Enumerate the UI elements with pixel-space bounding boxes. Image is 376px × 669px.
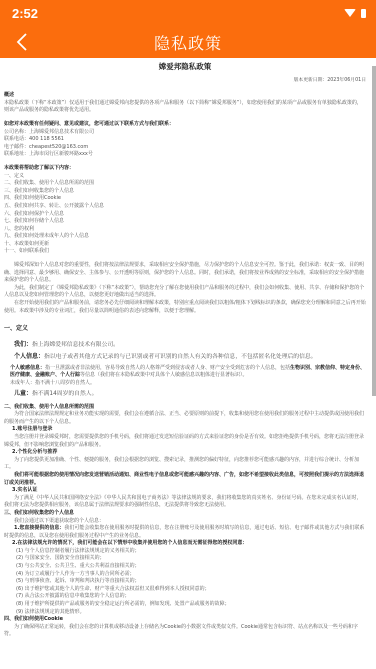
toc-item: 十、本政策如何更新 — [4, 241, 366, 249]
section-text: 为了确保网站正常运转，我们会在您的计算机或移动设备上存储名为Cookie的小数据… — [4, 624, 366, 639]
case-item: (8) 用于维护所提供的产品或服务的安全稳定运行所必需的，例如发现、处置产品或服… — [4, 601, 366, 609]
back-button[interactable] — [10, 30, 34, 54]
contact-address: 联系地址：上海市闵行区新骏环路xxx号 — [4, 151, 366, 159]
wifi-icon — [344, 9, 356, 17]
definition-text: 等信息（我们将在本隐私政策中对具体个人敏感信息以粗体进行显著标识）。 — [80, 372, 248, 378]
section-title-definitions: 一、定义 — [4, 325, 366, 333]
section-text: 为符合国家法律法规规定和业务功能实现的需要，我们会在遵循合法、正当、必要原则的前… — [4, 411, 366, 426]
page-title: 隐私政策 — [0, 31, 376, 54]
overview-heading: 概述 — [4, 92, 366, 100]
case-item: (2) 与国家安全、国防安全直接相关的； — [4, 555, 366, 563]
status-bar: 2:52 — [0, 0, 376, 26]
definition-term: 儿童： — [14, 390, 32, 397]
intro-paragraph: 嫦爱邦深知个人信息对您的重要性，我们将按法律法规要求，采取相应安全保护措施，尽力… — [4, 262, 366, 285]
overview-text: 本隐私政策（下称“本政策”）仅适用于我们通过嫦爱邦向您提供的各项产品和服务（以下… — [4, 100, 366, 115]
status-time: 2:52 — [12, 6, 38, 21]
contact-heading: 如您对本政策有任何疑问、意见或建议，您可通过以下联系方式与我们联系： — [4, 121, 366, 129]
intro-paragraph: 为此，我们制定了《嫦爱邦隐私政策》（下称“本政策”），帮助您充分了解在您使用我们… — [4, 285, 366, 300]
toc-item: 六、我们如何保护个人信息 — [4, 211, 366, 219]
battery-icon — [361, 9, 366, 18]
definition-term: 个人敏感信息： — [10, 365, 45, 371]
chevron-left-icon — [16, 33, 28, 51]
toc-item: 五、我们如何共享、转让、公开披露个人信息 — [4, 203, 366, 211]
section-text: 为了向您提供更加准确、个性、便捷的服务，我们会根据您的浏览、搜索记录，推测您的偏… — [4, 457, 366, 472]
toc-item: 二、我们收集、使用个人信息所需的范围 — [4, 180, 366, 188]
toc-item: 九、我们如何处理未成年人的个人信息 — [4, 233, 366, 241]
contact-phone[interactable]: 联系电话：400 118 5561 — [4, 136, 366, 144]
section-title-collection: 三、我们如何收集您的个人信息 — [4, 510, 366, 518]
definition-text: 指一旦泄露或者非法使用，容易导致自然人的人格尊严受到侵害或者人身、财产安全受到危… — [45, 365, 290, 371]
definition-personal-info: 个人信息：指以电子或者其他方式记录的与已识别或者可识别的自然人有关的各种信息，不… — [4, 351, 366, 363]
subsection-title: 3.实名认证 — [4, 487, 366, 495]
intro-paragraph: 在您开始使用我们的产品和服务前，请您务必先仔细阅读和理解本政策，特别应重点阅读我… — [4, 300, 366, 315]
subsection-title: 1.账号注册与登录 — [4, 426, 366, 434]
update-date: 版本更新日期：2023年06月01日 — [4, 77, 366, 85]
section-title-cookie: 四、我们如何使用Cookie — [4, 616, 366, 624]
collection-item: 1.您直接提供的信息：我们可能会收集您在使用服务时提供的信息，您在注册账号及使用… — [4, 525, 366, 540]
subsection-title: 2.个性化分析与推荐 — [4, 449, 366, 457]
toc-item: 四、我们如何使用Cookie — [4, 195, 366, 203]
collection-item-title: 1.您直接提供的信息： — [14, 525, 64, 531]
app-bar: 隐私政策 — [0, 26, 376, 58]
toc-item: 十一、如何联系我们 — [4, 248, 366, 256]
collection-item-title: 2.在法律法规允许的情况下，我们可能会在以下情形中收集并使用您的个人信息而无需征… — [4, 540, 366, 548]
status-icons — [344, 9, 366, 18]
section-text: 为了满足《中华人民共和国网络安全法》《中华人民共和国电子商务法》等法律法规的要求… — [4, 495, 366, 510]
section-text: 我们会通过以下渠道获取您的个人信息： — [4, 518, 366, 526]
section-text: 当您注册并登录嫦爱邦时，您需要提供您的手机号码，我们将通过发送短信验证码的方式来… — [4, 434, 366, 449]
definition-term: 我们： — [14, 341, 32, 348]
definition-text: 指不满14周岁的自然人。 — [32, 391, 97, 397]
toc-heading: 本政策将帮助您了解以下内容： — [4, 165, 366, 173]
definition-sensitive-info: 个人敏感信息：指一旦泄露或者非法使用，容易导致自然人的人格尊严受到侵害或者人身、… — [4, 365, 366, 380]
definition-text: 指上海嫦爱邦信息技术有限公司。 — [32, 342, 119, 348]
section-bold-text: 我们将可能根据您的使用情况向您发送营销活动通知、商业性电子信息或您可能感兴趣的内… — [4, 472, 366, 487]
definition-term: 个人信息： — [14, 353, 44, 360]
case-item: (5) 与刑事侦查、起诉、审判和判决执行等直接相关的； — [4, 578, 366, 586]
case-item: (3) 与公共安全、公共卫生、重大公共利益直接相关的； — [4, 563, 366, 571]
definition-child: 儿童：指不满14周岁的自然人。 — [4, 388, 366, 400]
definition-we: 我们：指上海嫦爱邦信息技术有限公司。 — [4, 339, 366, 351]
scrollbar[interactable] — [372, 66, 376, 396]
toc-item: 一、定义 — [4, 173, 366, 181]
definition-text: 指以电子或者其他方式记录的与已识别或者可识别的自然人有关的各种信息，不包括匿名化… — [44, 354, 316, 360]
policy-document: 嫦爱邦隐私政策 版本更新日期：2023年06月01日 概述 本隐私政策（下称“本… — [0, 58, 376, 639]
document-title: 嫦爱邦隐私政策 — [4, 63, 366, 71]
toc-item: 七、我们如何存储个人信息 — [4, 218, 366, 226]
definition-minor: 未成年人：指不满十八周岁的自然人。 — [4, 380, 366, 388]
policy-webview[interactable]: 嫦爱邦隐私政策 版本更新日期：2023年06月01日 概述 本隐私政策（下称“本… — [0, 58, 376, 669]
case-item: (7) 从合法公开披露的信息中收集您的个人信息的； — [4, 593, 366, 601]
